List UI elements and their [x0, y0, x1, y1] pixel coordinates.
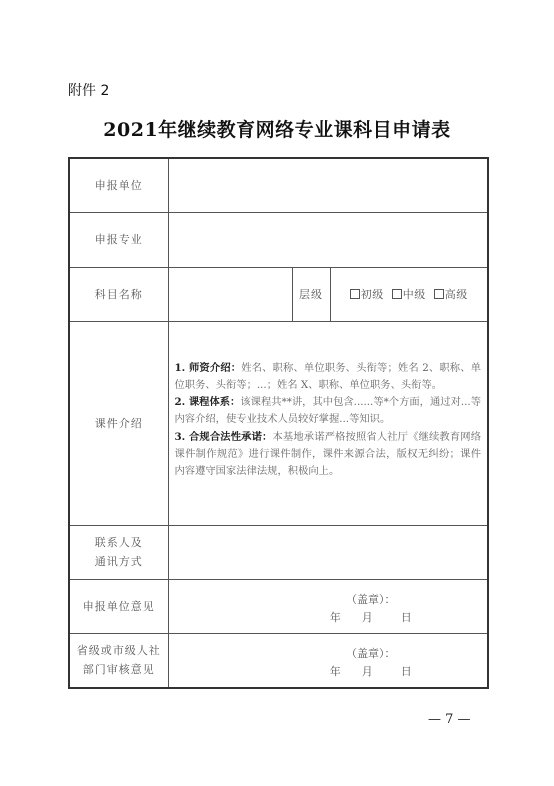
level-option-junior[interactable]: 初级	[350, 288, 384, 301]
section-heading-curriculum: 2. 课程体系：	[175, 396, 241, 408]
section-heading-compliance: 3. 合规合法性承诺：	[175, 431, 273, 443]
contact-label: 联系人及 通讯方式	[69, 525, 168, 579]
row-unit-opinion: 申报单位意见 （盖章）： 年 月 日	[69, 579, 488, 633]
row-courseware-intro: 课件介绍 1. 师资介绍：姓名、职称、单位职务、头衔等；姓名 2、职称、单位职务…	[69, 321, 488, 525]
subject-name-label: 科目名称	[69, 267, 168, 321]
seal-label: （盖章）：	[255, 645, 488, 663]
courseware-intro-text: 1. 师资介绍：姓名、职称、单位职务、头衔等；姓名 2、职称、单位职务、头衔等；…	[169, 360, 488, 480]
row-contact: 联系人及 通讯方式	[69, 525, 488, 579]
unit-opinion-seal: （盖章）： 年 月 日	[169, 585, 488, 627]
applicant-major-field[interactable]	[168, 212, 488, 267]
courseware-intro-field[interactable]: 1. 师资介绍：姓名、职称、单位职务、头衔等；姓名 2、职称、单位职务、头衔等；…	[168, 321, 488, 525]
page-number: — 7 —	[428, 712, 471, 727]
contact-field[interactable]	[168, 525, 488, 579]
review-opinion-field[interactable]: （盖章）： 年 月 日	[168, 633, 488, 688]
page-title: 2021年继续教育网络专业课科目申请表	[0, 115, 554, 142]
application-form: 申报单位 申报专业 科目名称 层级 初级 中级 高级 课件介绍 1. 师资介绍：…	[68, 157, 489, 689]
level-option-intermediate[interactable]: 中级	[392, 288, 426, 301]
row-subject-name: 科目名称 层级 初级 中级 高级	[69, 267, 488, 321]
applicant-major-label: 申报专业	[69, 212, 168, 267]
courseware-intro-label: 课件介绍	[69, 321, 168, 525]
row-review-opinion: 省级或市级人社 部门审核意见 （盖章）： 年 月 日	[69, 633, 488, 688]
checkbox-icon[interactable]	[434, 289, 444, 299]
unit-opinion-field[interactable]: （盖章）： 年 月 日	[168, 579, 488, 633]
review-opinion-label: 省级或市级人社 部门审核意见	[69, 633, 168, 688]
date-line: 年 月 日	[255, 663, 488, 681]
row-applicant-unit: 申报单位	[69, 158, 488, 212]
section-heading-faculty: 1. 师资介绍：	[175, 362, 242, 374]
attachment-label: 附件 2	[68, 80, 109, 100]
unit-opinion-label: 申报单位意见	[69, 579, 168, 633]
date-line: 年 月 日	[255, 609, 488, 627]
applicant-unit-field[interactable]	[168, 158, 488, 212]
level-options: 初级 中级 高级	[330, 267, 488, 321]
applicant-unit-label: 申报单位	[69, 158, 168, 212]
review-opinion-seal: （盖章）： 年 月 日	[169, 639, 488, 681]
level-option-senior[interactable]: 高级	[434, 288, 468, 301]
checkbox-icon[interactable]	[392, 289, 402, 299]
level-label: 层级	[292, 267, 330, 321]
row-applicant-major: 申报专业	[69, 212, 488, 267]
checkbox-icon[interactable]	[350, 289, 360, 299]
subject-name-field[interactable]	[168, 267, 292, 321]
seal-label: （盖章）：	[255, 591, 488, 609]
